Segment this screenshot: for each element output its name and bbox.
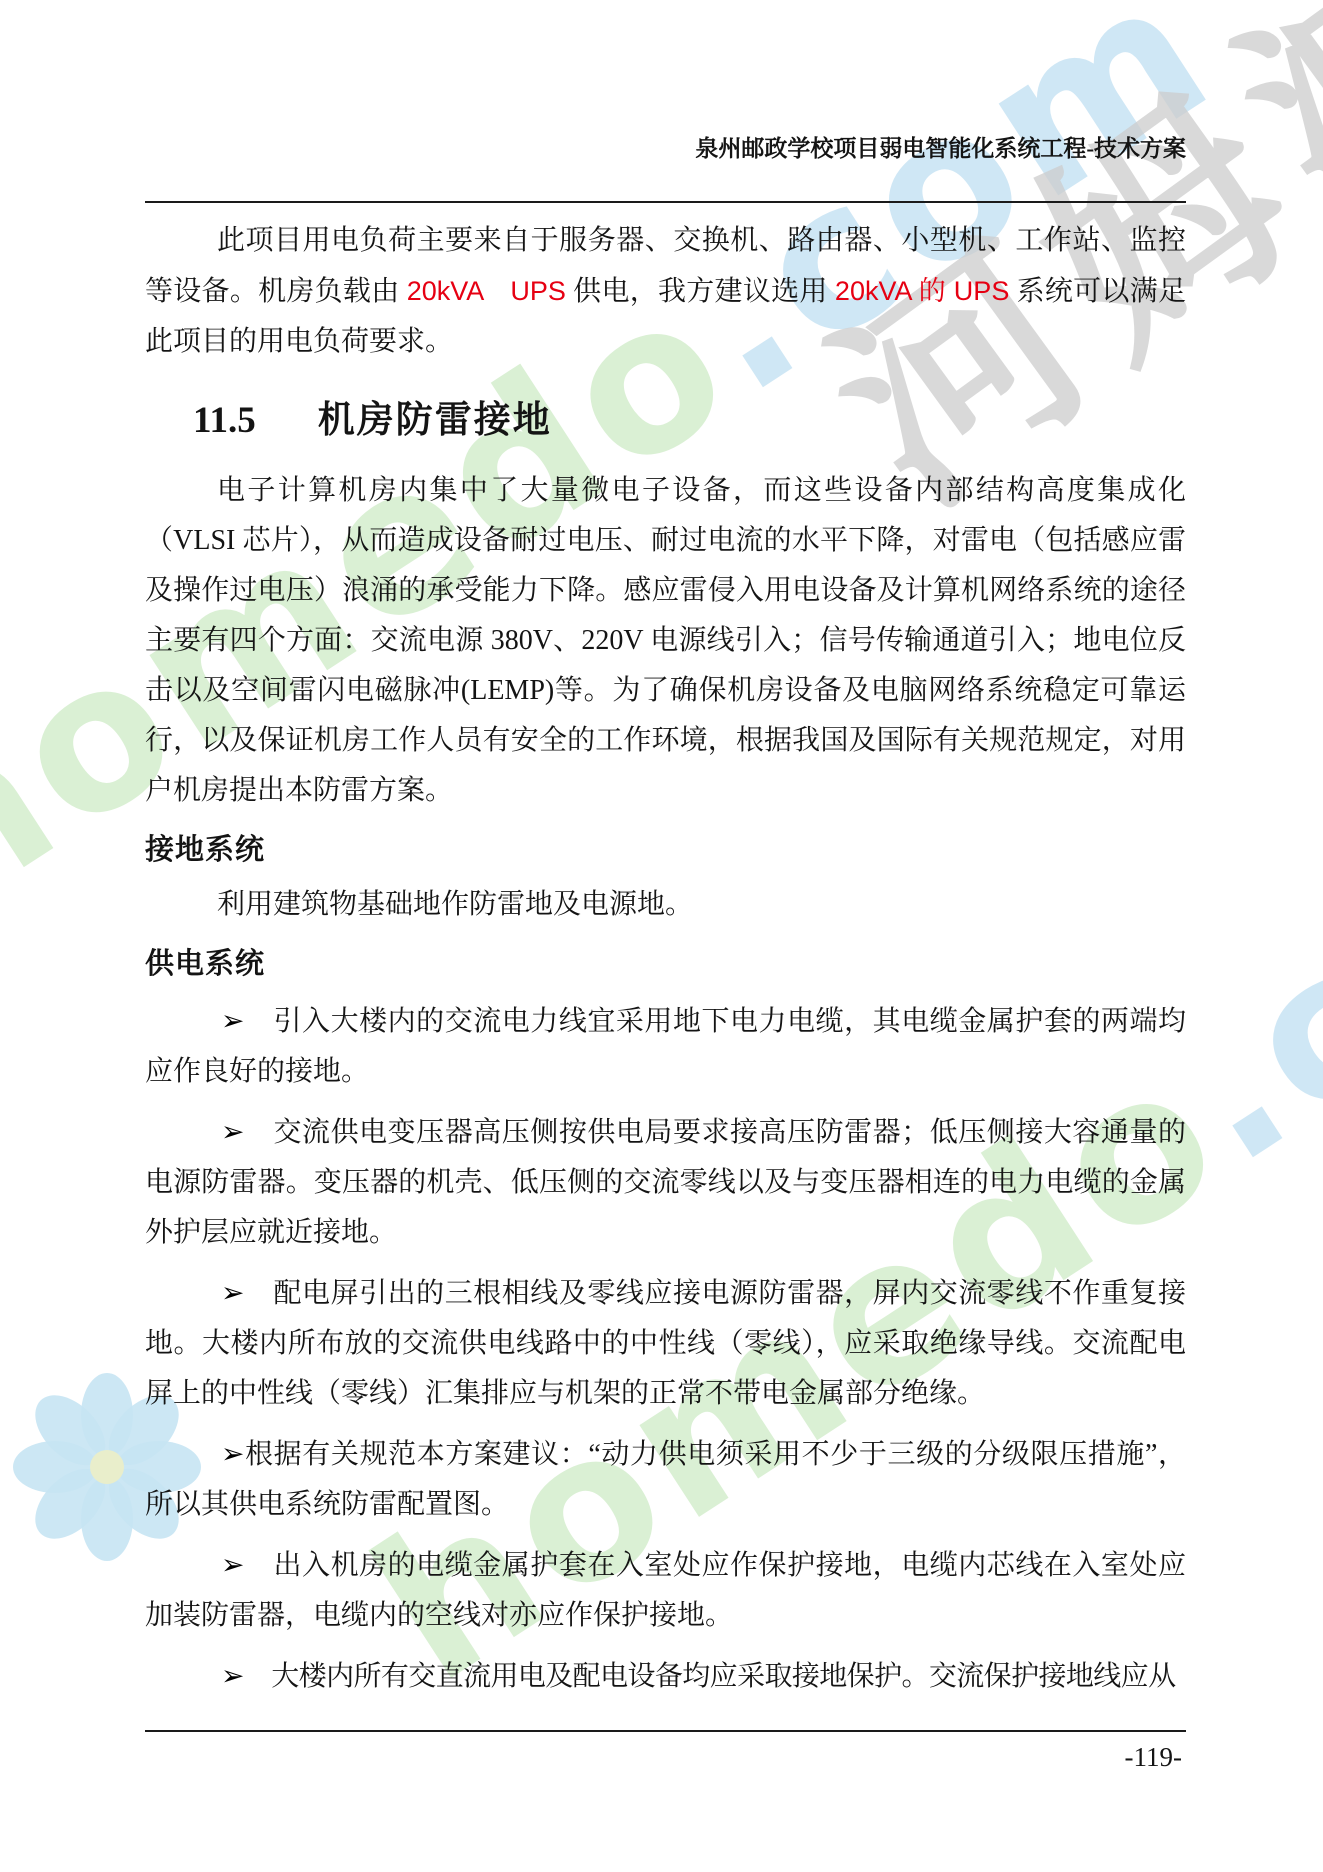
document-body: 此项目用电负荷主要来自于服务器、交换机、路由器、小型机、工作站、监控等设备。机房… [145, 208, 1186, 1702]
section-number: 11.5 [193, 400, 256, 441]
flower-petal [13, 1441, 97, 1493]
bullet-text: 配电屏引出的三根相线及零线应接电源防雷器，屏内交流零线不作重复接地。大楼内所布放… [145, 1278, 1186, 1409]
bullet-item: ➢ 配电屏引出的三根相线及零线应接电源防雷器，屏内交流零线不作重复接地。大楼内所… [145, 1268, 1186, 1419]
flower-petal [22, 1456, 118, 1552]
section-title: 机房防雷接地 [318, 399, 552, 440]
footer-rule [145, 1730, 1186, 1732]
paragraph-grounding: 利用建筑物基础地作防雷地及电源地。 [145, 880, 1186, 930]
bullet-item: ➢ 出入机房的电缆金属护套在入室处应作保护接地，电缆内芯线在入室处应加装防雷器，… [145, 1540, 1186, 1641]
bullet-item: ➢ 引入大楼内的交流电力线宜采用地下电力电缆，其电缆金属护套的两端均应作良好的接… [145, 996, 1186, 1097]
subheading-power: 供电系统 [145, 942, 1186, 986]
section-heading: 11.5机房防雷接地 [193, 393, 1186, 448]
flower-petal [22, 1382, 118, 1478]
bullet-arrow-icon: ➢ [221, 1276, 274, 1309]
bullet-item: ➢ 交流供电变压器高压侧按供电局要求接高压防雷器；低压侧接大容通量的电源防雷器。… [145, 1107, 1186, 1258]
bullet-arrow-icon: ➢ [221, 1659, 271, 1692]
flower-petal [81, 1477, 133, 1561]
header-title: 泉州邮政学校项目弱电智能化系统工程-技术方案 [695, 130, 1186, 163]
bullet-arrow-icon: ➢ [221, 1548, 274, 1581]
bullet-item: ➢根据有关规范本方案建议：“动力供电须采用不少于三级的分级限压措施”，所以其供电… [145, 1429, 1186, 1530]
flower-petal [81, 1373, 133, 1457]
bullet-arrow-icon: ➢ [221, 1115, 274, 1148]
bullet-arrow-icon: ➢ [221, 1004, 274, 1037]
paragraph-intro: 此项目用电负荷主要来自于服务器、交换机、路由器、小型机、工作站、监控等设备。机房… [145, 216, 1186, 367]
page-number: -119- [1125, 1742, 1182, 1773]
bullet-text: 大楼内所有交直流用电及配电设备均应采取接地保护。交流保护接地线应从 [271, 1661, 1175, 1692]
bullet-text: 引入大楼内的交流电力线宜采用地下电力电缆，其电缆金属护套的两端均应作良好的接地。 [145, 1006, 1186, 1087]
document-page: homedo.com homedo.com 河姆渡 泉州邮政学校项目弱电智能化系… [0, 0, 1323, 1872]
bullet-text: 根据有关规范本方案建议：“动力供电须采用不少于三级的分级限压措施”，所以其供电系… [145, 1439, 1186, 1520]
flower-logo-center [90, 1450, 124, 1484]
paragraph-overview: 电子计算机房内集中了大量微电子设备，而这些设备内部结构高度集成化（VLSI 芯片… [145, 466, 1186, 816]
header-rule [145, 201, 1186, 203]
bullet-item: ➢ 大楼内所有交直流用电及配电设备均应采取接地保护。交流保护接地线应从 [145, 1651, 1186, 1702]
bullet-arrow-icon: ➢ [221, 1437, 244, 1470]
intro-red-ups-1: 20kVA UPS [407, 276, 566, 306]
intro-red-ups-2: 20kVA 的 UPS [835, 276, 1009, 306]
bullet-text: 出入机房的电缆金属护套在入室处应作保护接地，电缆内芯线在入室处应加装防雷器，电缆… [145, 1550, 1186, 1631]
subheading-grounding: 接地系统 [145, 828, 1186, 872]
intro-text-mid: 供电，我方建议选用 [566, 276, 835, 307]
bullet-text: 交流供电变压器高压侧按供电局要求接高压防雷器；低压侧接大容通量的电源防雷器。变压… [145, 1117, 1186, 1248]
